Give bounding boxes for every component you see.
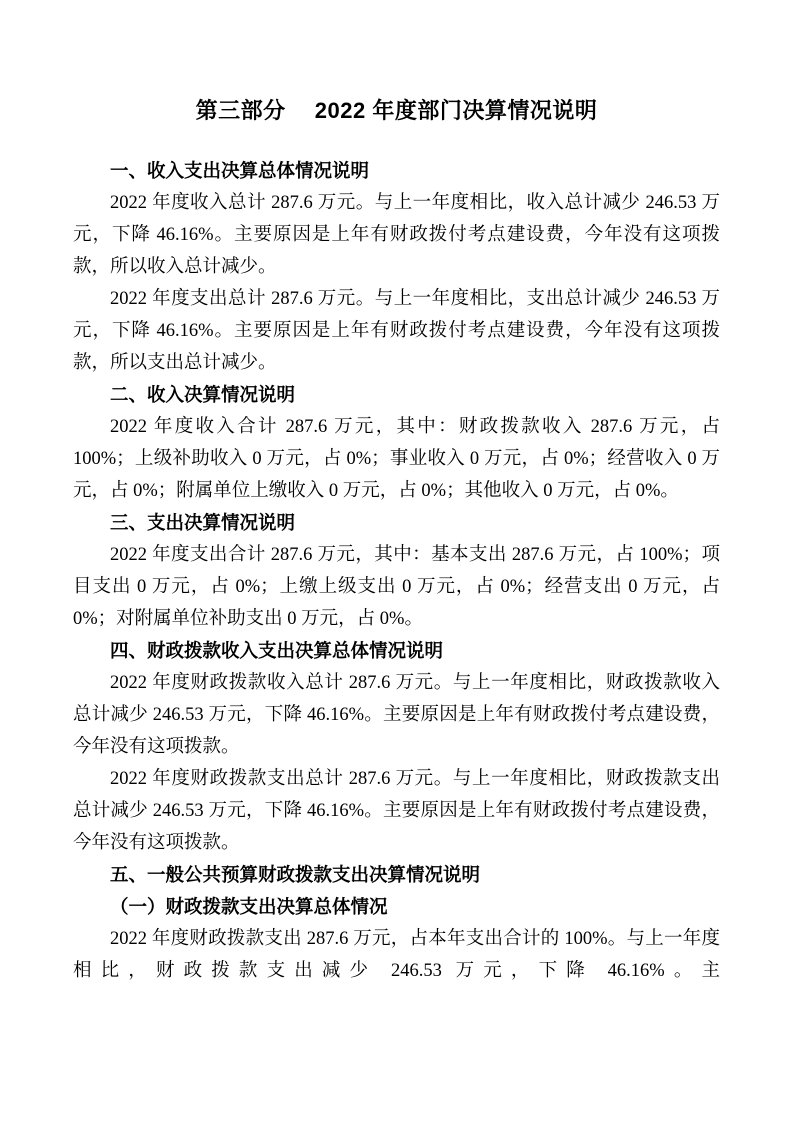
section-heading: 一、收入支出决算总体情况说明 [73, 155, 720, 187]
document-page: 第三部分 2022 年度部门决算情况说明 一、收入支出决算总体情况说明2022 … [0, 0, 793, 1122]
paragraph: 2022 年度财政拨款支出 287.6 万元，占本年支出合计的 100%。与上一… [73, 923, 720, 987]
paragraph: 2022 年度收入总计 287.6 万元。与上一年度相比，收入总计减少 246.… [73, 187, 720, 283]
document-title: 第三部分 2022 年度部门决算情况说明 [73, 97, 720, 125]
paragraph: 2022 年度收入合计 287.6 万元，其中：财政拨款收入 287.6 万元，… [73, 411, 720, 507]
paragraph: 2022 年度财政拨款支出总计 287.6 万元。与上一年度相比，财政拨款支出总… [73, 763, 720, 859]
paragraph: 2022 年度支出合计 287.6 万元，其中：基本支出 287.6 万元，占 … [73, 539, 720, 635]
paragraph: 2022 年度支出总计 287.6 万元。与上一年度相比，支出总计减少 246.… [73, 283, 720, 379]
section-heading: （一）财政拨款支出决算总体情况 [73, 891, 720, 923]
paragraph: 2022 年度财政拨款收入总计 287.6 万元。与上一年度相比，财政拨款收入总… [73, 667, 720, 763]
section-heading: 二、收入决算情况说明 [73, 379, 720, 411]
document-body: 一、收入支出决算总体情况说明2022 年度收入总计 287.6 万元。与上一年度… [73, 155, 720, 987]
section-heading: 三、支出决算情况说明 [73, 507, 720, 539]
section-heading: 五、一般公共预算财政拨款支出决算情况说明 [73, 859, 720, 891]
section-heading: 四、财政拨款收入支出决算总体情况说明 [73, 635, 720, 667]
